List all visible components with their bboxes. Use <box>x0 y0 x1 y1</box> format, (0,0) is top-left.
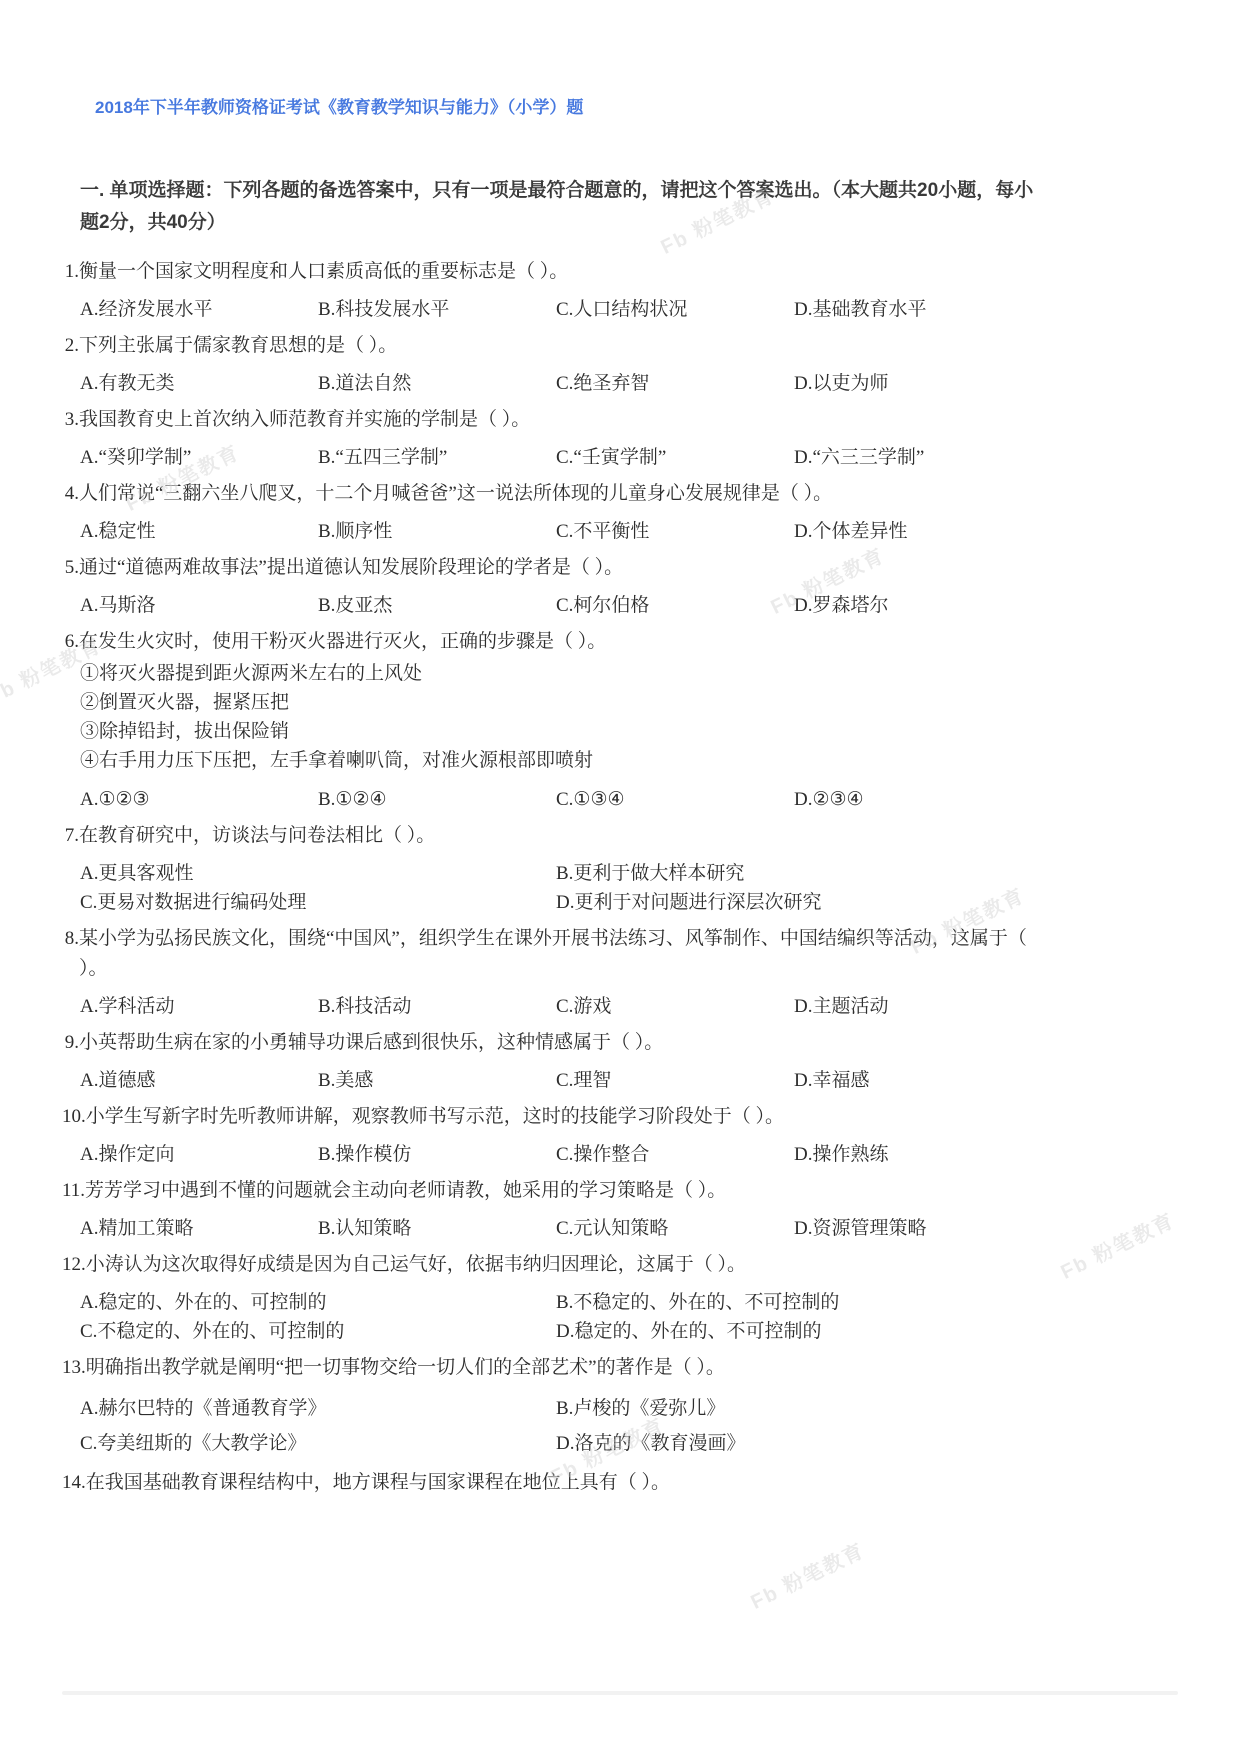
option-a: A.①②③ <box>80 785 318 814</box>
question: 2. 下列主张属于儒家教育思想的是（ ）。 A.有教无类 B.道法自然 C.绝圣… <box>62 331 1180 398</box>
option-b: B.皮亚杰 <box>318 591 556 620</box>
step-line: ③除掉铅封，拔出保险销 <box>80 717 1180 746</box>
question-stem: 明确指出教学就是阐明“把一切事物交给一切人们的全部艺术”的著作是（ ）。 <box>86 1353 725 1383</box>
option-c: C.元认知策略 <box>556 1214 794 1243</box>
question-stem: 小学生写新字时先听教师讲解，观察教师书写示范，这时的技能学习阶段处于（ ）。 <box>86 1102 784 1132</box>
option-a: A.有教无类 <box>80 369 318 398</box>
question: 5. 通过“道德两难故事法”提出道德认知发展阶段理论的学者是（ ）。 A.马斯洛… <box>62 553 1180 620</box>
question: 12. 小涛认为这次取得好成绩是因为自己运气好，依据韦纳归因理论，这属于（ ）。… <box>62 1250 1180 1346</box>
options-row: A.学科活动 B.科技活动 C.游戏 D.主题活动 <box>80 992 1180 1021</box>
option-c: C.①③④ <box>556 785 794 814</box>
question-number: 5. <box>62 553 79 583</box>
options-row: A.操作定向 B.操作模仿 C.操作整合 D.操作熟练 <box>80 1140 1180 1169</box>
option-d: D.罗森塔尔 <box>794 591 1180 620</box>
option-d: D.“六三三学制” <box>794 443 1180 472</box>
option-c: C.理智 <box>556 1066 794 1095</box>
question-steps: ①将灭火器提到距火源两米左右的上风处 ②倒置灭火器，握紧压把 ③除掉铅封，拔出保… <box>62 659 1180 775</box>
question-stem: 某小学为弘扬民族文化，围绕“中国风”，组织学生在课外开展书法练习、风筝制作、中国… <box>79 924 1044 984</box>
options-row: A.赫尔巴特的《普通教育学》 B.卢梭的《爱弥儿》 C.夸美纽斯的《大教学论》 … <box>80 1391 1180 1461</box>
option-a: A.赫尔巴特的《普通教育学》 <box>80 1391 556 1426</box>
option-d: D.主题活动 <box>794 992 1180 1021</box>
option-a: A.经济发展水平 <box>80 295 318 324</box>
option-c: C.不稳定的、外在的、可控制的 <box>80 1317 556 1346</box>
options-row: A.“癸卯学制” B.“五四三学制” C.“壬寅学制” D.“六三三学制” <box>80 443 1180 472</box>
section-heading: 一. 单项选择题：下列各题的备选答案中，只有一项是最符合题意的，请把这个答案选出… <box>80 175 1045 239</box>
option-d: D.更利于对问题进行深层次研究 <box>556 888 1180 917</box>
question-stem: 下列主张属于儒家教育思想的是（ ）。 <box>79 331 397 361</box>
question: 13. 明确指出教学就是阐明“把一切事物交给一切人们的全部艺术”的著作是（ ）。… <box>62 1353 1180 1461</box>
option-b: B.美感 <box>318 1066 556 1095</box>
option-c: C.更易对数据进行编码处理 <box>80 888 556 917</box>
option-a: A.道德感 <box>80 1066 318 1095</box>
option-b: B.卢梭的《爱弥儿》 <box>556 1391 1180 1426</box>
question-number: 4. <box>62 479 79 509</box>
options-row: A.稳定性 B.顺序性 C.不平衡性 D.个体差异性 <box>80 517 1180 546</box>
option-d: D.操作熟练 <box>794 1140 1180 1169</box>
option-b: B.“五四三学制” <box>318 443 556 472</box>
option-c: C.夸美纽斯的《大教学论》 <box>80 1426 556 1461</box>
option-a: A.操作定向 <box>80 1140 318 1169</box>
question-number: 9. <box>62 1028 79 1058</box>
exam-page: Fb 粉笔教育 Fb 粉笔教育 Fb 粉笔教育 Fb 粉笔教育 Fb 粉笔教育 … <box>0 0 1240 1754</box>
options-row: A.更具客观性 B.更利于做大样本研究 C.更易对数据进行编码处理 D.更利于对… <box>80 859 1180 917</box>
option-a: A.更具客观性 <box>80 859 556 888</box>
question-number: 10. <box>62 1102 86 1132</box>
option-d: D.稳定的、外在的、不可控制的 <box>556 1317 1180 1346</box>
page-bottom-divider <box>62 1691 1178 1695</box>
option-c: C.不平衡性 <box>556 517 794 546</box>
question-number: 13. <box>62 1353 86 1383</box>
option-a: A.“癸卯学制” <box>80 443 318 472</box>
options-row: A.经济发展水平 B.科技发展水平 C.人口结构状况 D.基础教育水平 <box>80 295 1180 324</box>
option-b: B.科技活动 <box>318 992 556 1021</box>
option-d: D.幸福感 <box>794 1066 1180 1095</box>
option-d: D.基础教育水平 <box>794 295 1180 324</box>
question-stem: 通过“道德两难故事法”提出道德认知发展阶段理论的学者是（ ）。 <box>79 553 623 583</box>
option-c: C.操作整合 <box>556 1140 794 1169</box>
option-b: B.操作模仿 <box>318 1140 556 1169</box>
question-number: 7. <box>62 821 79 851</box>
question: 6. 在发生火灾时，使用干粉灭火器进行灭火，正确的步骤是（ ）。 ①将灭火器提到… <box>62 627 1180 814</box>
watermark: Fb 粉笔教育 <box>745 1534 869 1614</box>
question-number: 8. <box>62 924 79 954</box>
question: 3. 我国教育史上首次纳入师范教育并实施的学制是（ ）。 A.“癸卯学制” B.… <box>62 405 1180 472</box>
question-number: 11. <box>62 1176 85 1206</box>
option-b: B.道法自然 <box>318 369 556 398</box>
options-row: A.①②③ B.①②④ C.①③④ D.②③④ <box>80 785 1180 814</box>
option-d: D.资源管理策略 <box>794 1214 1180 1243</box>
option-c: C.游戏 <box>556 992 794 1021</box>
step-line: ②倒置灭火器，握紧压把 <box>80 688 1180 717</box>
question-stem: 小英帮助生病在家的小勇辅导功课后感到很快乐，这种情感属于（ ）。 <box>79 1028 663 1058</box>
question-stem: 小涛认为这次取得好成绩是因为自己运气好，依据韦纳归因理论，这属于（ ）。 <box>86 1250 746 1280</box>
question-stem: 人们常说“三翻六坐八爬叉，十二个月喊爸爸”这一说法所体现的儿童身心发展规律是（ … <box>79 479 832 509</box>
option-a: A.学科活动 <box>80 992 318 1021</box>
option-d: D.②③④ <box>794 785 1180 814</box>
question-number: 12. <box>62 1250 86 1280</box>
options-row: A.精加工策略 B.认知策略 C.元认知策略 D.资源管理策略 <box>80 1214 1180 1243</box>
option-a: A.稳定的、外在的、可控制的 <box>80 1288 556 1317</box>
question-stem: 在发生火灾时，使用干粉灭火器进行灭火，正确的步骤是（ ）。 <box>79 627 606 657</box>
step-line: ④右手用力压下压把，左手拿着喇叭筒，对准火源根部即喷射 <box>80 746 1180 775</box>
question-number: 1. <box>62 257 79 287</box>
page-title: 2018年下半年教师资格证考试《教育教学知识与能力》（小学）题 <box>95 97 1180 119</box>
question: 7. 在教育研究中，访谈法与问卷法相比（ ）。 A.更具客观性 B.更利于做大样… <box>62 821 1180 917</box>
options-row: A.稳定的、外在的、可控制的 B.不稳定的、外在的、不可控制的 C.不稳定的、外… <box>80 1288 1180 1346</box>
option-d: D.以吏为师 <box>794 369 1180 398</box>
option-c: C.绝圣弃智 <box>556 369 794 398</box>
option-d: D.个体差异性 <box>794 517 1180 546</box>
question-number: 14. <box>62 1468 86 1498</box>
option-a: A.精加工策略 <box>80 1214 318 1243</box>
step-line: ①将灭火器提到距火源两米左右的上风处 <box>80 659 1180 688</box>
option-b: B.①②④ <box>318 785 556 814</box>
question-stem: 芳芳学习中遇到不懂的问题就会主动向老师请教，她采用的学习策略是（ ）。 <box>85 1176 726 1206</box>
question-number: 2. <box>62 331 79 361</box>
option-b: B.顺序性 <box>318 517 556 546</box>
question: 8. 某小学为弘扬民族文化，围绕“中国风”，组织学生在课外开展书法练习、风筝制作… <box>62 924 1180 1021</box>
option-b: B.更利于做大样本研究 <box>556 859 1180 888</box>
question-stem: 在我国基础教育课程结构中，地方课程与国家课程在地位上具有（ ）。 <box>86 1468 670 1498</box>
option-d: D.洛克的《教育漫画》 <box>556 1426 1180 1461</box>
options-row: A.马斯洛 B.皮亚杰 C.柯尔伯格 D.罗森塔尔 <box>80 591 1180 620</box>
options-row: A.有教无类 B.道法自然 C.绝圣弃智 D.以吏为师 <box>80 369 1180 398</box>
option-a: A.稳定性 <box>80 517 318 546</box>
option-c: C.柯尔伯格 <box>556 591 794 620</box>
option-b: B.不稳定的、外在的、不可控制的 <box>556 1288 1180 1317</box>
option-c: C.“壬寅学制” <box>556 443 794 472</box>
question-stem: 我国教育史上首次纳入师范教育并实施的学制是（ ）。 <box>79 405 530 435</box>
options-row: A.道德感 B.美感 C.理智 D.幸福感 <box>80 1066 1180 1095</box>
question: 11. 芳芳学习中遇到不懂的问题就会主动向老师请教，她采用的学习策略是（ ）。 … <box>62 1176 1180 1243</box>
option-a: A.马斯洛 <box>80 591 318 620</box>
question: 10. 小学生写新字时先听教师讲解，观察教师书写示范，这时的技能学习阶段处于（ … <box>62 1102 1180 1169</box>
question-stem: 在教育研究中，访谈法与问卷法相比（ ）。 <box>79 821 435 851</box>
option-b: B.认知策略 <box>318 1214 556 1243</box>
question-number: 3. <box>62 405 79 435</box>
question-number: 6. <box>62 627 79 657</box>
question: 14. 在我国基础教育课程结构中，地方课程与国家课程在地位上具有（ ）。 <box>62 1468 1180 1498</box>
question: 1. 衡量一个国家文明程度和人口素质高低的重要标志是（ ）。 A.经济发展水平 … <box>62 257 1180 324</box>
option-c: C.人口结构状况 <box>556 295 794 324</box>
question: 9. 小英帮助生病在家的小勇辅导功课后感到很快乐，这种情感属于（ ）。 A.道德… <box>62 1028 1180 1095</box>
option-b: B.科技发展水平 <box>318 295 556 324</box>
question: 4. 人们常说“三翻六坐八爬叉，十二个月喊爸爸”这一说法所体现的儿童身心发展规律… <box>62 479 1180 546</box>
question-stem: 衡量一个国家文明程度和人口素质高低的重要标志是（ ）。 <box>79 257 568 287</box>
